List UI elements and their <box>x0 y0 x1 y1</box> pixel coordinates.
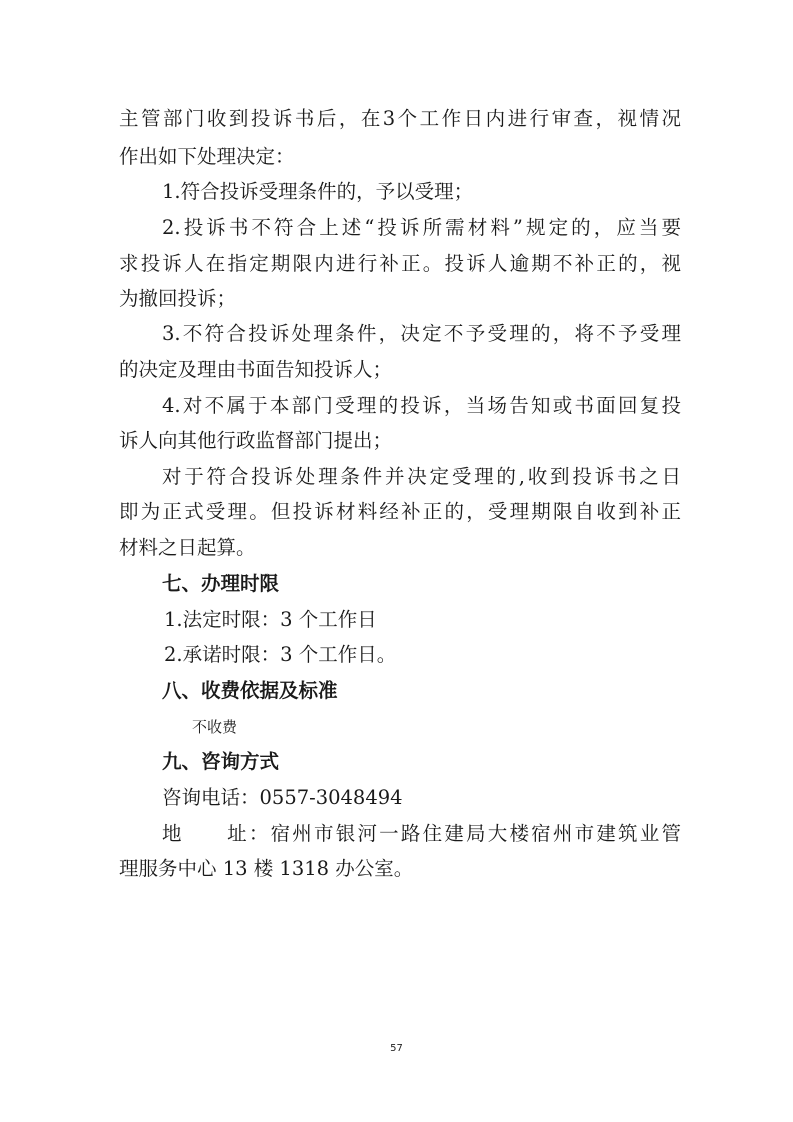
section-item-text: 咨询电话：0557-3048494 <box>162 786 403 810</box>
body-text-line: 3.不符合投诉处理条件，决定不予受理的，将不予受理 <box>162 322 681 346</box>
body-text-line: 诉人向其他行政监督部门提出； <box>119 429 392 453</box>
section-item-text: 地 址：宿州市银河一路住建局大楼宿州市建筑业管 <box>162 822 681 846</box>
body-text-line: 主管部门收到投诉书后，在3个工作日内进行审查，视情况 <box>119 107 681 131</box>
body-text-line: 即为正式受理。但投诉材料经补正的，受理期限自收到补正 <box>119 500 681 524</box>
body-text-line: 材料之日起算。 <box>119 536 256 560</box>
section-item-text: 理服务中心 13 楼 1318 办公室。 <box>119 857 413 881</box>
body-text-line: 求投诉人在指定期限内进行补正。投诉人逾期不补正的，视 <box>119 252 681 276</box>
section-item-text: 1.法定时限：3 个工作日 <box>164 608 377 632</box>
page-number: 57 <box>0 1043 793 1054</box>
section-heading: 八、收费依据及标准 <box>162 679 338 703</box>
body-text-line: 的决定及理由书面告知投诉人； <box>119 358 392 382</box>
section-item-text: 2.承诺时限：3 个工作日。 <box>164 643 396 667</box>
body-text-line: 对于符合投诉处理条件并决定受理的,收到投诉书之日 <box>162 465 681 489</box>
body-text-line: 作出如下处理决定： <box>119 145 295 169</box>
section-heading: 九、咨询方式 <box>162 750 279 774</box>
body-text-line: 为撤回投诉； <box>119 287 236 311</box>
body-text-line: 1.符合投诉受理条件的，予以受理； <box>162 180 473 204</box>
body-text-line: 2.投诉书不符合上述“投诉所需材料”规定的，应当要 <box>162 216 681 240</box>
section-heading: 七、办理时限 <box>162 572 279 596</box>
section-item-text: 不收费 <box>192 715 237 739</box>
body-text-line: 4.对不属于本部门受理的投诉，当场告知或书面回复投 <box>162 394 681 418</box>
